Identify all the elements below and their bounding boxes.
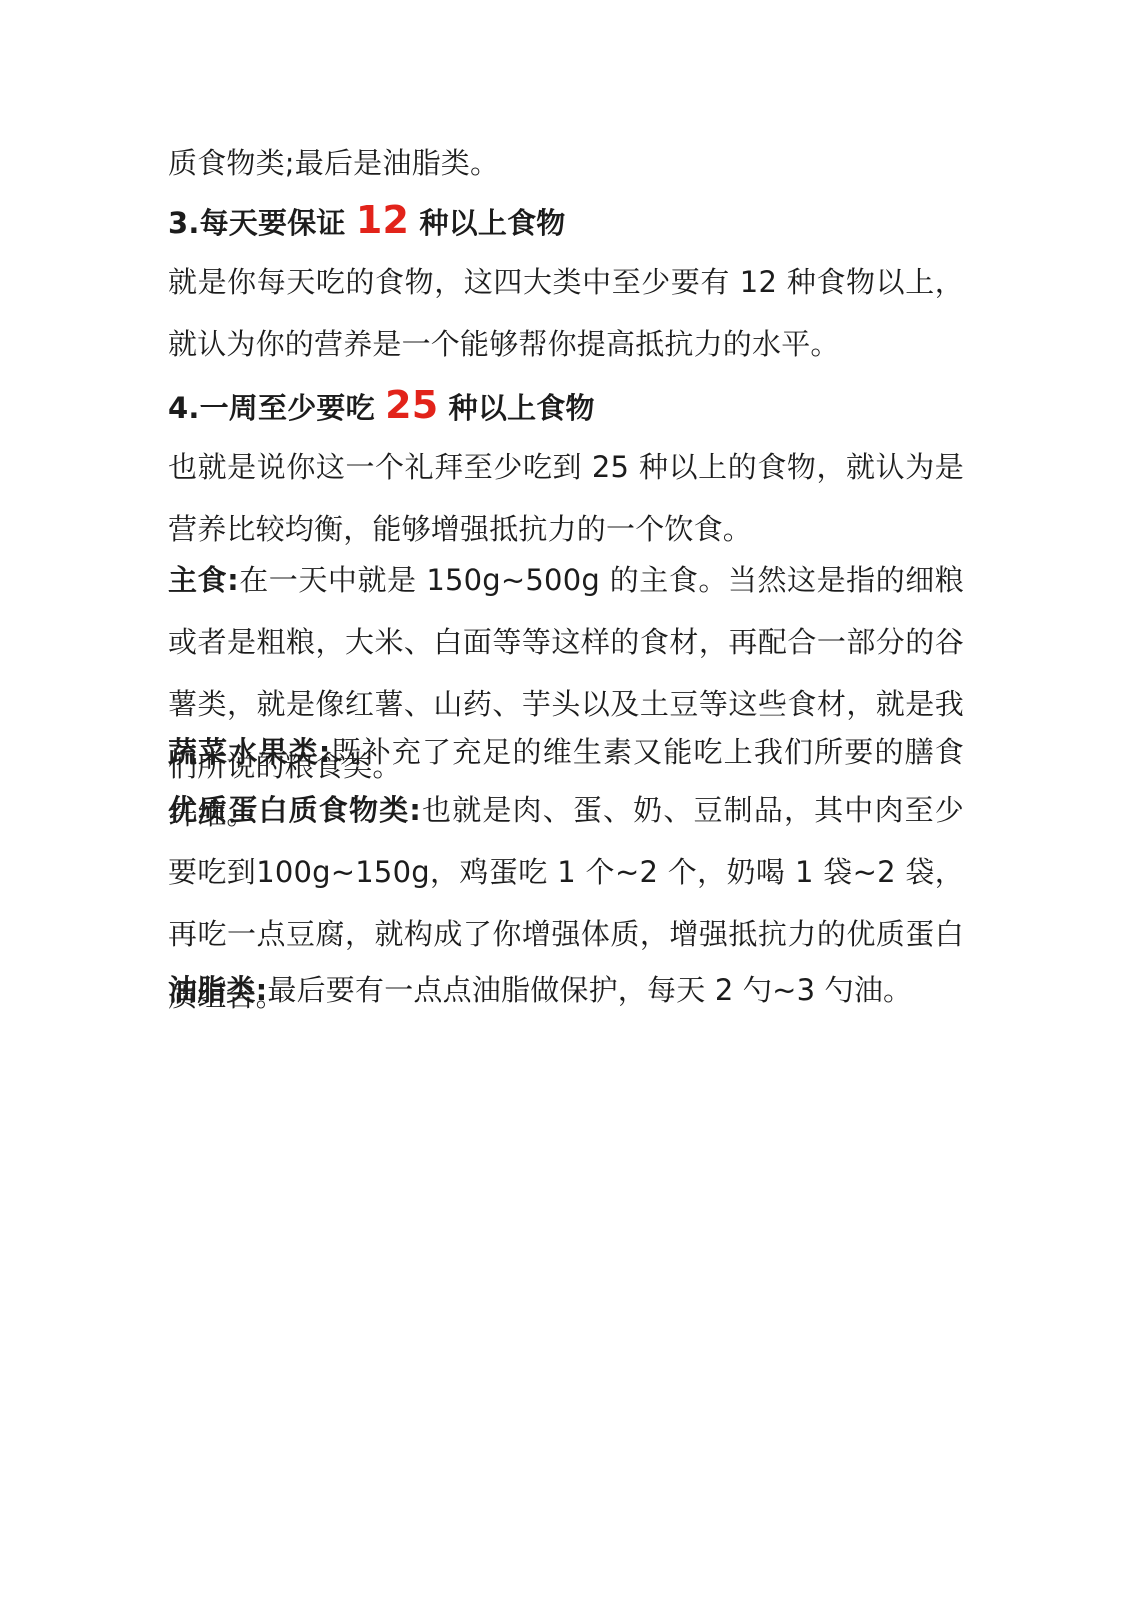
heading-index: 4. — [168, 391, 200, 425]
paragraph-label-vegetables: 蔬菜水果类: — [168, 735, 331, 769]
section-heading-4: 4.一周至少要吃 25 种以上食物 — [168, 374, 964, 439]
paragraph-oils: 油脂类:最后要有一点点油脂做保护，每天 2 勺~3 勺油。 — [168, 959, 964, 1021]
paragraph-label-staple: 主食: — [168, 563, 239, 597]
paragraph-body: 最后要有一点点油脂做保护，每天 2 勺~3 勺油。 — [267, 973, 912, 1007]
document-page: 质食物类;最后是油脂类。 3.每天要保证 12 种以上食物 就是你每天吃的食物，… — [0, 0, 1131, 1600]
paragraph-daily-variety: 就是你每天吃的食物，这四大类中至少要有 12 种食物以上，就认为你的营养是一个能… — [168, 251, 964, 375]
highlight-number-25: 25 — [385, 383, 438, 427]
heading-text-before: 一周至少要吃 — [200, 391, 386, 425]
paragraph-label-oils: 油脂类: — [168, 973, 267, 1007]
heading-text-before: 每天要保证 — [200, 206, 356, 240]
heading-text-after: 种以上食物 — [409, 206, 565, 240]
highlight-number-12: 12 — [356, 198, 409, 242]
heading-text-after: 种以上食物 — [438, 391, 594, 425]
heading-index: 3. — [168, 206, 200, 240]
paragraph-weekly-variety: 也就是说你这一个礼拜至少吃到 25 种以上的食物，就认为是营养比较均衡，能够增强… — [168, 436, 964, 560]
paragraph-label-protein: 优质蛋白质食物类: — [168, 793, 421, 827]
paragraph-continuation: 质食物类;最后是油脂类。 — [168, 132, 964, 194]
section-heading-3: 3.每天要保证 12 种以上食物 — [168, 189, 964, 254]
